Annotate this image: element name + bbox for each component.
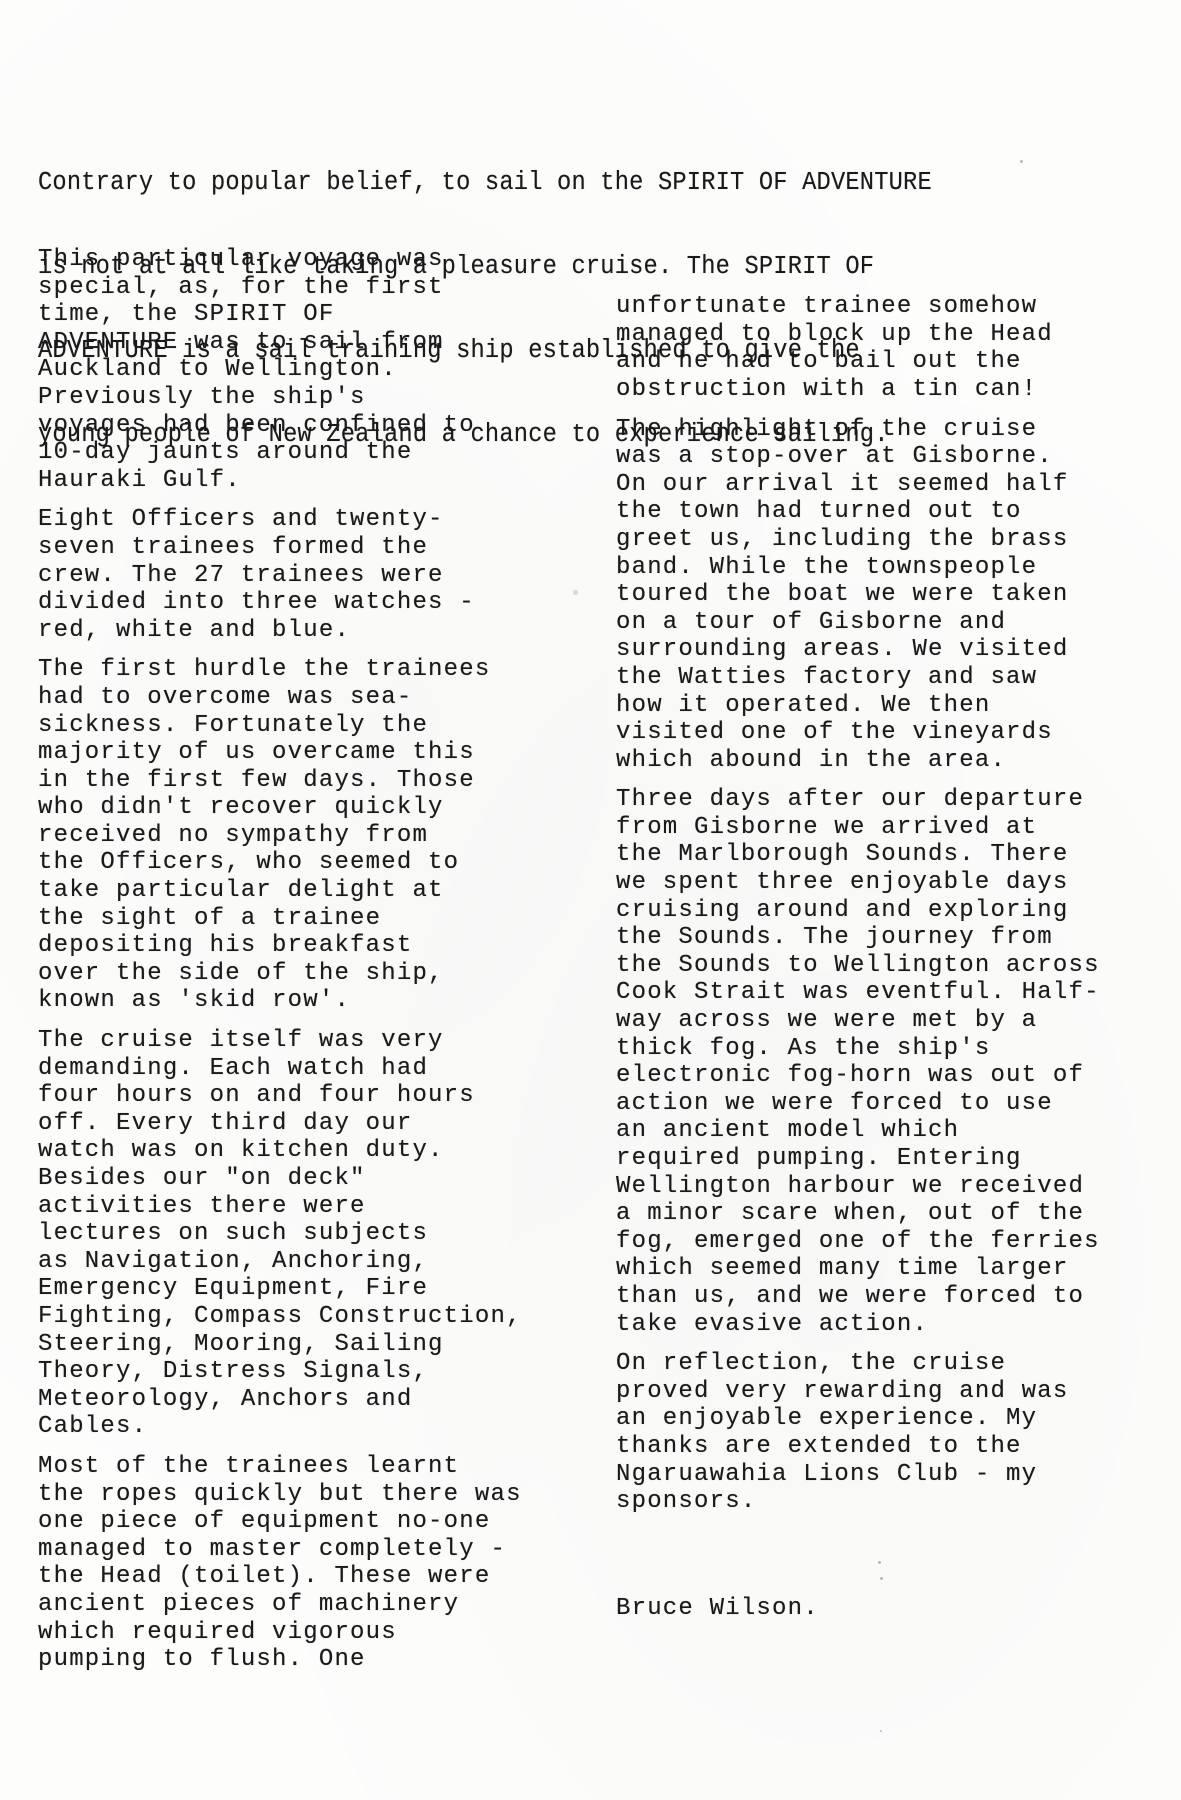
paragraph: This particular voyage wasspecial, as, f… <box>38 246 522 494</box>
text-line: the sight of a trainee <box>38 905 522 933</box>
text-line: voyages had been confined to <box>38 412 522 440</box>
text-line: On reflection, the cruise <box>616 1350 1100 1378</box>
text-line: Most of the trainees learnt <box>38 1453 522 1481</box>
text-line: the town had turned out to <box>616 498 1100 526</box>
scanned-page: Contrary to popular belief, to sail on t… <box>0 0 1181 1800</box>
text-line: demanding. Each watch had <box>38 1055 522 1083</box>
text-line: sickness. Fortunately the <box>38 712 522 740</box>
scan-speck <box>878 1561 881 1564</box>
scan-speck <box>573 590 578 595</box>
text-line: Meteorology, Anchors and <box>38 1386 522 1414</box>
text-line: sponsors. <box>616 1488 1100 1516</box>
text-line: proved very rewarding and was <box>616 1378 1100 1406</box>
text-line: cruising around and exploring <box>616 897 1100 925</box>
text-line: action we were forced to use <box>616 1090 1100 1118</box>
text-line: which required vigorous <box>38 1619 522 1647</box>
text-line: take particular delight at <box>38 877 522 905</box>
text-line: how it operated. We then <box>616 692 1100 720</box>
text-line: obstruction with a tin can! <box>616 376 1100 404</box>
text-line: Emergency Equipment, Fire <box>38 1275 522 1303</box>
text-line: greet us, including the brass <box>616 526 1100 554</box>
text-line: Previously the ship's <box>38 384 522 412</box>
text-line: Eight Officers and twenty- <box>38 506 522 534</box>
text-line: known as 'skid row'. <box>38 987 522 1015</box>
text-line: ADVENTURE was to sail from <box>38 329 522 357</box>
text-line: electronic fog-horn was out of <box>616 1062 1100 1090</box>
text-line: required pumping. Entering <box>616 1145 1100 1173</box>
left-column: This particular voyage wasspecial, as, f… <box>38 246 522 1686</box>
text-line: majority of us overcame this <box>38 739 522 767</box>
text-line: an enjoyable experience. My <box>616 1405 1100 1433</box>
text-line: 10-day jaunts around the <box>38 439 522 467</box>
scan-speck <box>880 1577 883 1580</box>
text-line: The highlight of the cruise <box>616 416 1100 444</box>
text-line: the Head (toilet). These were <box>38 1563 522 1591</box>
text-line: managed to block up the Head <box>616 321 1100 349</box>
text-line: depositing his breakfast <box>38 932 522 960</box>
text-line: Three days after our departure <box>616 786 1100 814</box>
text-line: crew. The 27 trainees were <box>38 562 522 590</box>
text-line: fog, emerged one of the ferries <box>616 1228 1100 1256</box>
text-line: the ropes quickly but there was <box>38 1481 522 1509</box>
text-line: toured the boat we were taken <box>616 581 1100 609</box>
text-line: as Navigation, Anchoring, <box>38 1248 522 1276</box>
text-line: the Marlborough Sounds. There <box>616 841 1100 869</box>
text-line: activities there were <box>38 1193 522 1221</box>
text-line: the Watties factory and saw <box>616 664 1100 692</box>
text-line: one piece of equipment no-one <box>38 1508 522 1536</box>
text-line: thick fog. As the ship's <box>616 1035 1100 1063</box>
text-line: from Gisborne we arrived at <box>616 814 1100 842</box>
text-line: lectures on such subjects <box>38 1220 522 1248</box>
text-line: who didn't recover quickly <box>38 794 522 822</box>
text-line: four hours on and four hours <box>38 1082 522 1110</box>
text-line: had to overcome was sea- <box>38 684 522 712</box>
text-line: The cruise itself was very <box>38 1027 522 1055</box>
text-line: This particular voyage was <box>38 246 522 274</box>
text-line: Theory, Distress Signals, <box>38 1358 522 1386</box>
text-line: in the first few days. Those <box>38 767 522 795</box>
text-line: than us, and we were forced to <box>616 1283 1100 1311</box>
paragraph: Most of the trainees learntthe ropes qui… <box>38 1453 522 1674</box>
text-line: received no sympathy from <box>38 822 522 850</box>
right-column: unfortunate trainee somehowmanaged to bl… <box>616 238 1100 1678</box>
paragraph: The first hurdle the traineeshad to over… <box>38 656 522 1015</box>
text-line: off. Every third day our <box>38 1110 522 1138</box>
intro-line: Contrary to popular belief, to sail on t… <box>38 169 932 197</box>
text-line: Wellington harbour we received <box>616 1173 1100 1201</box>
right-column-paragraphs: unfortunate trainee somehowmanaged to bl… <box>616 293 1100 1516</box>
text-line: Auckland to Wellington. <box>38 356 522 384</box>
text-line: time, the SPIRIT OF <box>38 301 522 329</box>
text-line: band. While the townspeople <box>616 554 1100 582</box>
text-line: a minor scare when, out of the <box>616 1200 1100 1228</box>
paragraph: On reflection, the cruiseproved very rew… <box>616 1350 1100 1516</box>
text-line: we spent three enjoyable days <box>616 869 1100 897</box>
text-line: was a stop-over at Gisborne. <box>616 443 1100 471</box>
text-line: Fighting, Compass Construction, <box>38 1303 522 1331</box>
text-line: divided into three watches - <box>38 589 522 617</box>
text-line: take evasive action. <box>616 1311 1100 1339</box>
text-line: On our arrival it seemed half <box>616 471 1100 499</box>
scan-speck <box>1020 160 1023 163</box>
text-line: the Sounds to Wellington across <box>616 952 1100 980</box>
text-line: Besides our "on deck" <box>38 1165 522 1193</box>
paragraph: The highlight of the cruisewas a stop-ov… <box>616 416 1100 775</box>
text-line: unfortunate trainee somehow <box>616 293 1100 321</box>
text-line: which abound in the area. <box>616 747 1100 775</box>
paragraph: Three days after our departurefrom Gisbo… <box>616 786 1100 1338</box>
text-line: Hauraki Gulf. <box>38 467 522 495</box>
text-line: special, as, for the first <box>38 274 522 302</box>
scan-speck <box>880 1730 882 1732</box>
text-line: Ngaruawahia Lions Club - my <box>616 1461 1100 1489</box>
text-line: managed to master completely - <box>38 1536 522 1564</box>
text-line: red, white and blue. <box>38 617 522 645</box>
text-line: watch was on kitchen duty. <box>38 1137 522 1165</box>
text-line: seven trainees formed the <box>38 534 522 562</box>
text-line: visited one of the vineyards <box>616 719 1100 747</box>
text-line: surrounding areas. We visited <box>616 636 1100 664</box>
text-line: the Officers, who seemed to <box>38 849 522 877</box>
text-line: way across we were met by a <box>616 1007 1100 1035</box>
text-line: pumping to flush. One <box>38 1646 522 1674</box>
text-line: the Sounds. The journey from <box>616 924 1100 952</box>
text-line: over the side of the ship, <box>38 960 522 988</box>
paragraph: The cruise itself was verydemanding. Eac… <box>38 1027 522 1441</box>
paragraph: Eight Officers and twenty-seven trainees… <box>38 506 522 644</box>
author-signature: Bruce Wilson. <box>616 1595 1100 1623</box>
text-line: The first hurdle the trainees <box>38 656 522 684</box>
text-line: an ancient model which <box>616 1117 1100 1145</box>
text-line: which seemed many time larger <box>616 1255 1100 1283</box>
text-line: Cables. <box>38 1413 522 1441</box>
text-line: thanks are extended to the <box>616 1433 1100 1461</box>
paragraph: unfortunate trainee somehowmanaged to bl… <box>616 293 1100 403</box>
text-line: Steering, Mooring, Sailing <box>38 1331 522 1359</box>
text-line: Cook Strait was eventful. Half- <box>616 979 1100 1007</box>
text-line: and he had to bail out the <box>616 348 1100 376</box>
text-line: on a tour of Gisborne and <box>616 609 1100 637</box>
text-line: ancient pieces of machinery <box>38 1591 522 1619</box>
